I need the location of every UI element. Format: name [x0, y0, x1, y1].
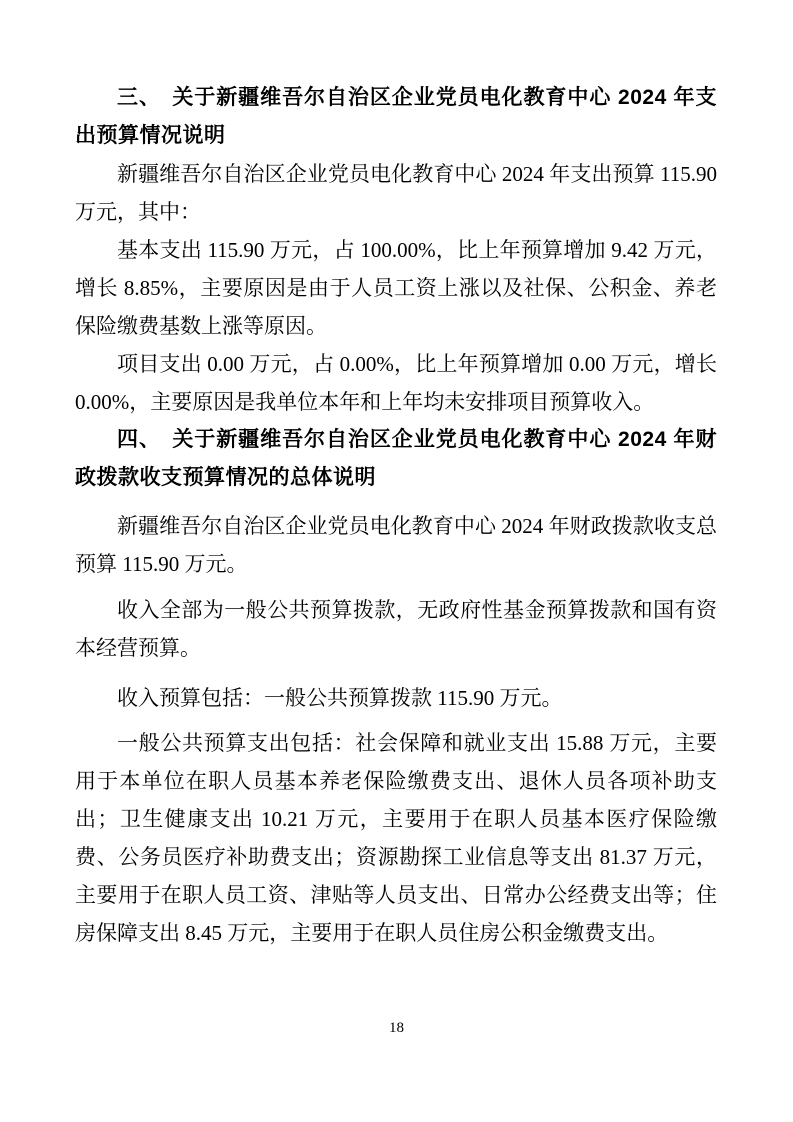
section-heading-3: 三、 关于新疆维吾尔自治区企业党员电化教育中心 2024 年支出预算情况说明 [75, 79, 717, 155]
paragraph-fiscal-total: 新疆维吾尔自治区企业党员电化教育中心 2024 年财政拨款收支总预算 115.9… [75, 507, 717, 583]
paragraph-expenditure-total: 新疆维吾尔自治区企业党员电化教育中心 2024 年支出预算 115.90 万元，… [75, 155, 717, 231]
section-heading-4: 四、 关于新疆维吾尔自治区企业党员电化教育中心 2024 年财政拨款收支预算情况… [75, 421, 717, 497]
page-content: 三、 关于新疆维吾尔自治区企业党员电化教育中心 2024 年支出预算情况说明 新… [75, 79, 717, 952]
paragraph-project-expenditure: 项目支出 0.00 万元，占 0.00%，比上年预算增加 0.00 万元，增长 … [75, 345, 717, 421]
paragraph-basic-expenditure: 基本支出 115.90 万元，占 100.00%，比上年预算增加 9.42 万元… [75, 231, 717, 345]
paragraph-income-budget: 收入预算包括：一般公共预算拨款 115.90 万元。 [75, 679, 717, 717]
page-number: 18 [0, 1020, 793, 1037]
paragraph-income-source: 收入全部为一般公共预算拨款，无政府性基金预算拨款和国有资本经营预算。 [75, 591, 717, 667]
paragraph-public-budget-expenditure: 一般公共预算支出包括：社会保障和就业支出 15.88 万元，主要用于本单位在职人… [75, 724, 717, 952]
document-page: 三、 关于新疆维吾尔自治区企业党员电化教育中心 2024 年支出预算情况说明 新… [0, 0, 793, 1122]
